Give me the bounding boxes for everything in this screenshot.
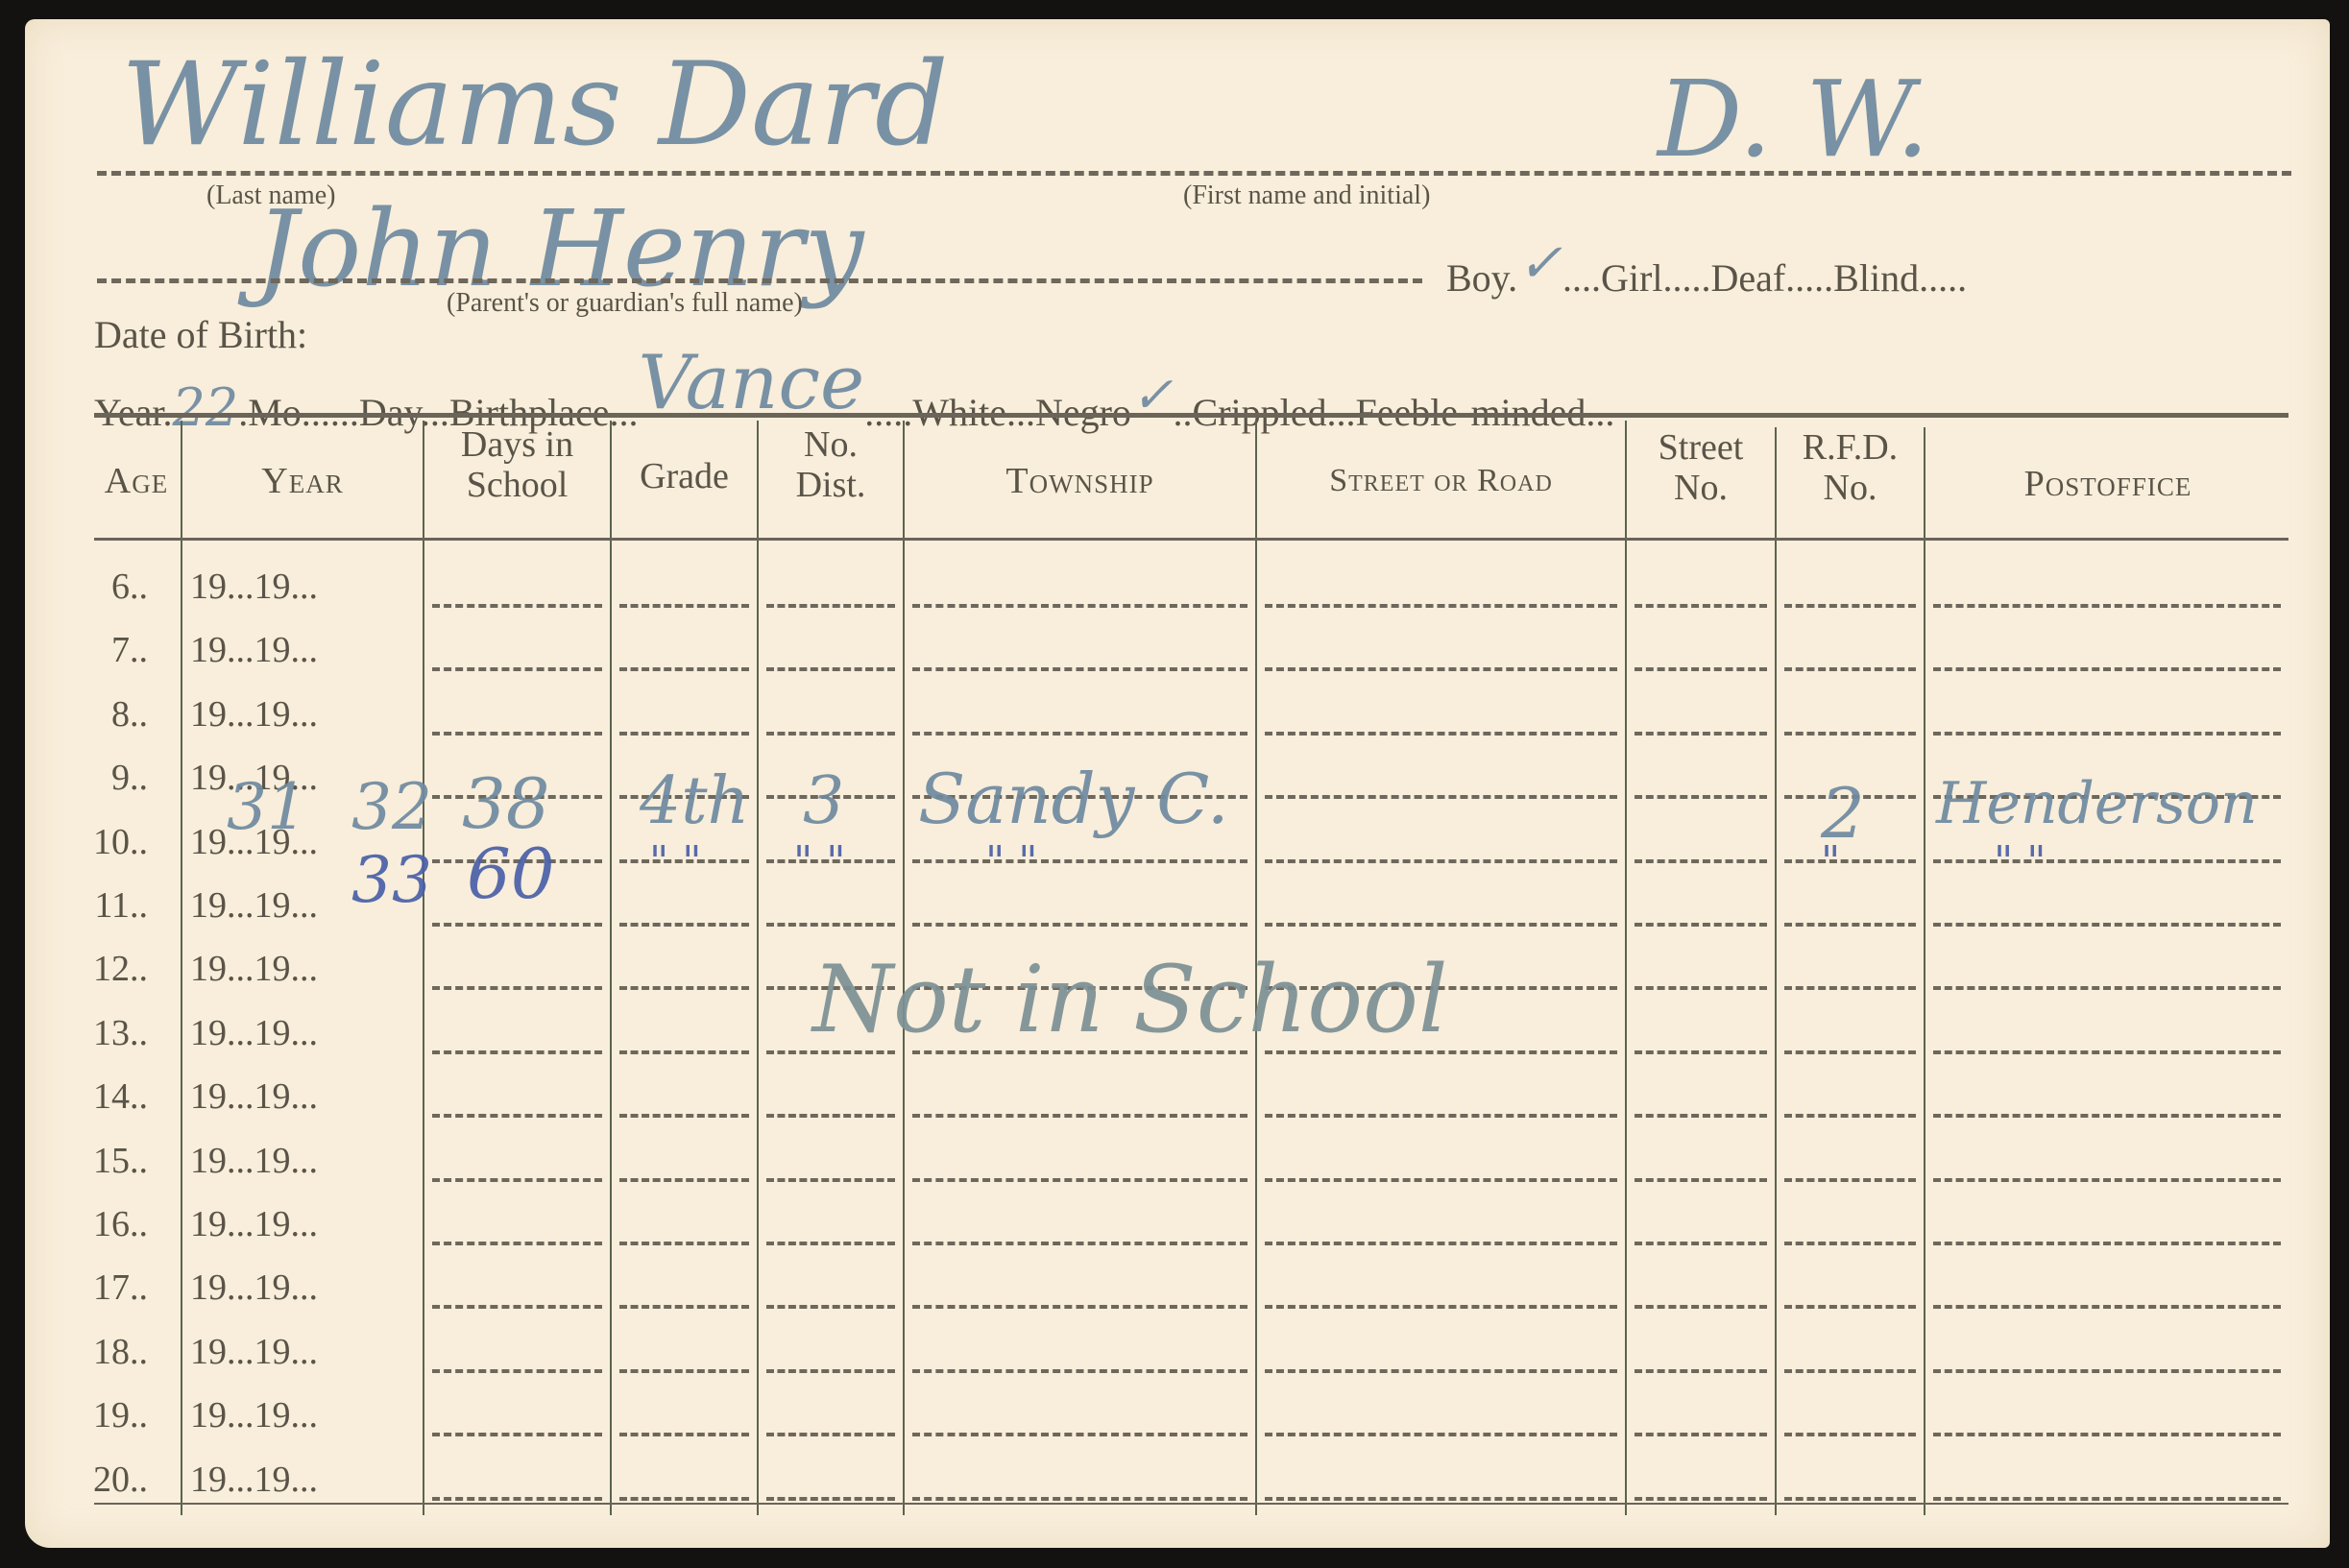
row-age: 12.. [52,948,148,990]
table-row: 18..19...19... [25,1327,2330,1390]
row-blank-field [1635,1305,1767,1309]
row-blank-field [432,986,602,990]
table-row: 7..19...19... [25,625,2330,688]
row-blank-field [1933,1114,2281,1118]
table-row: 17..19...19... [25,1263,2330,1326]
row-blank-field [1635,1497,1767,1501]
row-blank-field [619,1305,749,1309]
row-blank-field [1635,604,1767,608]
row-blank-field [432,1114,602,1118]
row-year-range: 19...19... [190,1266,318,1309]
row-10-days: 38 [462,763,550,844]
row-year-range: 19...19... [190,566,318,608]
row-age: 7.. [52,629,148,671]
row-age: 19.. [52,1394,148,1436]
row-age: 18.. [52,1331,148,1373]
row-age: 20.. [52,1459,148,1501]
boy-label: Boy [1446,256,1508,300]
row-blank-field [1265,1114,1617,1118]
row-age: 8.. [52,693,148,736]
table-row: 14..19...19... [25,1072,2330,1135]
row-blank-field [1784,1050,1916,1054]
row-blank-field [912,732,1247,736]
row-blank-field [619,923,749,927]
row-blank-field [619,732,749,736]
row-blank-field [1635,859,1767,863]
row-blank-field [619,1178,749,1182]
row-blank-field [432,1369,602,1373]
row-blank-field [1784,604,1916,608]
row-10-grade: 4th [640,763,749,839]
row-blank-field [766,1178,895,1182]
row-11-year-end: 33 [351,843,432,917]
header-district: No.Dist. [759,424,903,505]
row-blank-field [1784,859,1916,863]
deaf-label: Deaf [1710,256,1785,300]
row-blank-field [1635,667,1767,671]
row-11-district-ditto: " " [793,837,845,886]
row-blank-field [1635,1369,1767,1373]
row-blank-field [766,1242,895,1245]
row-blank-field [1265,923,1617,927]
row-blank-field [432,1433,602,1436]
blind-label: Blind [1833,256,1919,300]
header-age: Age [92,461,181,501]
row-blank-field [912,1433,1247,1436]
row-age: 6.. [52,566,148,608]
row-blank-field [912,1114,1247,1118]
row-blank-field [1784,986,1916,990]
row-blank-field [1784,1114,1916,1118]
table-row: 16..19...19... [25,1199,2330,1263]
row-age: 10.. [52,821,148,863]
row-blank-field [1635,1433,1767,1436]
row-11-rfd-ditto: " [1821,837,1840,886]
row-blank-field [1784,1433,1916,1436]
row-11-grade-ditto: " " [649,837,701,886]
row-11-days: 60 [467,833,555,914]
parent-name-line [97,278,1422,283]
row-age: 16.. [52,1203,148,1245]
header-rfd-no: R.F.D.No. [1777,427,1924,508]
row-blank-field [432,1497,602,1501]
row-year-range: 19...19... [190,1203,318,1245]
row-blank-field [432,732,602,736]
row-year-range: 19...19... [190,693,318,736]
row-age: 17.. [52,1266,148,1309]
row-blank-field [1635,986,1767,990]
table-row: 19..19...19... [25,1390,2330,1454]
row-10-district: 3 [803,763,844,839]
row-blank-field [1933,1305,2281,1309]
row-blank-field [1635,1114,1767,1118]
row-blank-field [1635,732,1767,736]
row-10-year-start: 31 [227,770,307,844]
first-name-label: (First name and initial) [1183,181,1430,211]
row-blank-field [1933,986,2281,990]
row-blank-field [766,1305,895,1309]
header-underline [94,538,2288,541]
row-blank-field [1635,1178,1767,1182]
row-age: 11.. [52,884,148,927]
row-blank-field [1265,1242,1617,1245]
section-divider [94,413,2288,418]
row-blank-field [766,1114,895,1118]
row-blank-field [1635,923,1767,927]
row-blank-field [1933,1178,2281,1182]
row-blank-field [1265,1369,1617,1373]
row-blank-field [432,1242,602,1245]
row-age: 13.. [52,1012,148,1054]
row-blank-field [1933,1433,2281,1436]
row-blank-field [1635,1242,1767,1245]
row-blank-field [1933,1242,2281,1245]
row-blank-field [1265,795,1617,799]
row-10-township: Sandy C. [918,759,1229,839]
row-blank-field [1265,859,1617,863]
row-blank-field [432,1305,602,1309]
table-row: 15..19...19... [25,1136,2330,1199]
row-blank-field [766,1497,895,1501]
row-blank-field [912,667,1247,671]
school-census-card: Williams Dard D. W. (Last name) (First n… [25,19,2330,1548]
row-blank-field [1933,859,2281,863]
row-year-range: 19...19... [190,1075,318,1118]
row-blank-field [1265,1497,1617,1501]
row-year-range: 19...19... [190,1140,318,1182]
row-blank-field [1933,1497,2281,1501]
row-age: 15.. [52,1140,148,1182]
row-year-range: 19...19... [190,948,318,990]
last-name-value: Williams Dard [121,38,949,172]
row-year-range: 19...19... [190,1331,318,1373]
row-blank-field [766,604,895,608]
row-blank-field [619,667,749,671]
header-street-or-road: Street or Road [1257,461,1625,501]
header-year: Year [182,461,423,501]
row-blank-field [912,1305,1247,1309]
row-blank-field [432,1050,602,1054]
row-blank-field [432,667,602,671]
row-blank-field [1784,667,1916,671]
parent-name-label: (Parent's or guardian's full name) [447,288,803,319]
row-year-range: 19...19... [190,1459,318,1501]
row-year-range: 19...19... [190,884,318,927]
header-grade: Grade [612,456,757,496]
row-blank-field [1265,604,1617,608]
row-blank-field [766,732,895,736]
row-11-postoffice-ditto: " " [1994,837,2046,886]
row-blank-field [1784,1369,1916,1373]
row-blank-field [766,1433,895,1436]
last-name-line [97,171,2291,176]
row-10-postoffice: Henderson [1936,770,2258,837]
table-bottom-rule [94,1503,2288,1505]
first-name-value: D. W. [1658,58,1929,181]
row-blank-field [619,1433,749,1436]
row-blank-field [1933,667,2281,671]
row-year-range: 19...19... [190,1012,318,1054]
row-blank-field [1933,604,2281,608]
row-blank-field [1635,795,1767,799]
row-blank-field [1784,1178,1916,1182]
row-blank-field [912,1369,1247,1373]
row-blank-field [912,604,1247,608]
row-blank-field [1784,732,1916,736]
row-blank-field [1784,1242,1916,1245]
row-blank-field [432,1178,602,1182]
row-blank-field [766,923,895,927]
row-blank-field [1784,923,1916,927]
row-year-range: 19...19... [190,1394,318,1436]
row-blank-field [619,1497,749,1501]
row-blank-field [766,1369,895,1373]
girl-label: Girl [1601,256,1662,300]
row-11-township-ditto: " " [985,837,1037,886]
row-age: 9.. [52,757,148,799]
row-blank-field [1265,1305,1617,1309]
boy-checkmark-icon: ✓ [1517,232,1562,295]
row-blank-field [619,1114,749,1118]
row-blank-field [1265,1433,1617,1436]
header-postoffice: Postoffice [1925,464,2290,504]
header-days-in-school: Days inSchool [424,424,610,505]
date-of-birth-title: Date of Birth: [94,312,307,357]
row-10-year-end: 32 [351,770,432,844]
row-blank-field [912,923,1247,927]
row-blank-field [912,859,1247,863]
row-blank-field [1933,923,2281,927]
row-blank-field [619,1242,749,1245]
not-in-school-annotation: Not in School [812,946,1448,1053]
row-blank-field [1265,667,1617,671]
row-blank-field [619,986,749,990]
row-age: 14.. [52,1075,148,1118]
row-blank-field [1265,732,1617,736]
row-blank-field [1635,1050,1767,1054]
row-blank-field [619,1369,749,1373]
row-blank-field [1933,1369,2281,1373]
row-blank-field [432,923,602,927]
sex-and-condition-row: Boy.✓....Girl.....Deaf.....Blind..... [1446,242,1967,304]
table-row: 20..19...19... [25,1455,2330,1518]
row-blank-field [912,1497,1247,1501]
table-row: 8..19...19... [25,689,2330,753]
row-blank-field [912,1242,1247,1245]
row-blank-field [912,1178,1247,1182]
row-blank-field [1933,732,2281,736]
row-blank-field [1265,1178,1617,1182]
row-blank-field [766,667,895,671]
row-blank-field [619,604,749,608]
row-blank-field [619,1050,749,1054]
row-year-range: 19...19... [190,629,318,671]
header-street-no: StreetNo. [1627,427,1775,508]
row-blank-field [432,604,602,608]
row-blank-field [1784,1305,1916,1309]
row-blank-field [1784,1497,1916,1501]
header-township: Township [905,461,1255,501]
row-blank-field [1933,1050,2281,1054]
table-row: 6..19...19... [25,562,2330,625]
